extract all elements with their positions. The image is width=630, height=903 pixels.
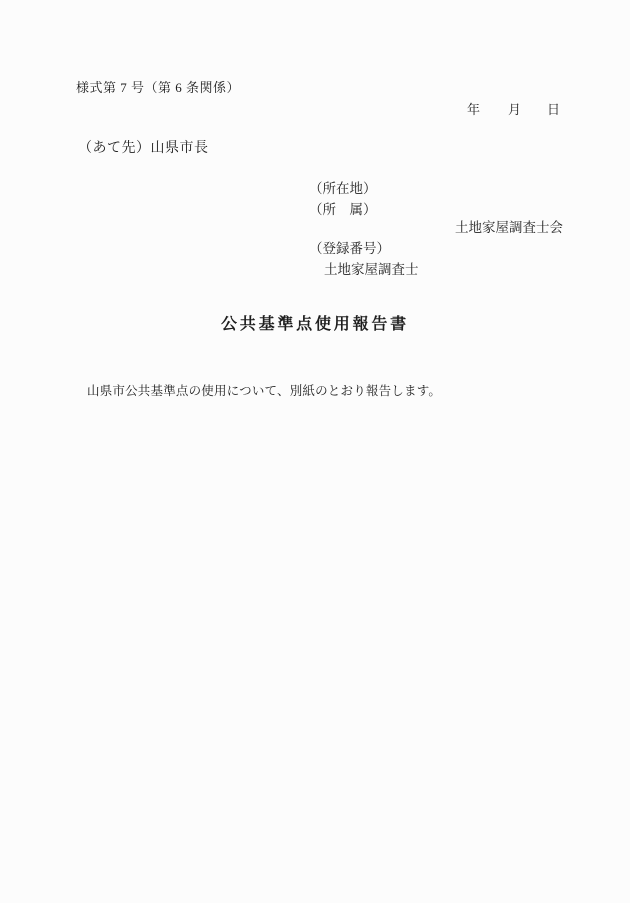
- document-page: 様式第 7 号（第 6 条関係） 年 月 日 （あて先）山県市長 （所在地） （…: [0, 0, 630, 903]
- surveyor-association-label: 土地家屋調査士会: [455, 221, 563, 235]
- date-day-label: 日: [547, 103, 560, 116]
- date-month-label: 月: [508, 103, 521, 116]
- form-number-line: 様式第 7 号（第 6 条関係）: [76, 81, 240, 94]
- report-body-sentence: 山県市公共基準点の使用について、別紙のとおり報告します。: [87, 385, 441, 398]
- date-year-label: 年: [467, 103, 480, 116]
- registration-number-label: （登録番号）: [309, 242, 390, 256]
- affiliation-label: （所 属）: [309, 203, 377, 217]
- location-label: （所在地）: [309, 182, 377, 196]
- document-title: 公共基準点使用報告書: [0, 317, 630, 333]
- surveyor-title-label: 土地家屋調査士: [324, 263, 419, 277]
- addressee-line: （あて先）山県市長: [78, 140, 209, 154]
